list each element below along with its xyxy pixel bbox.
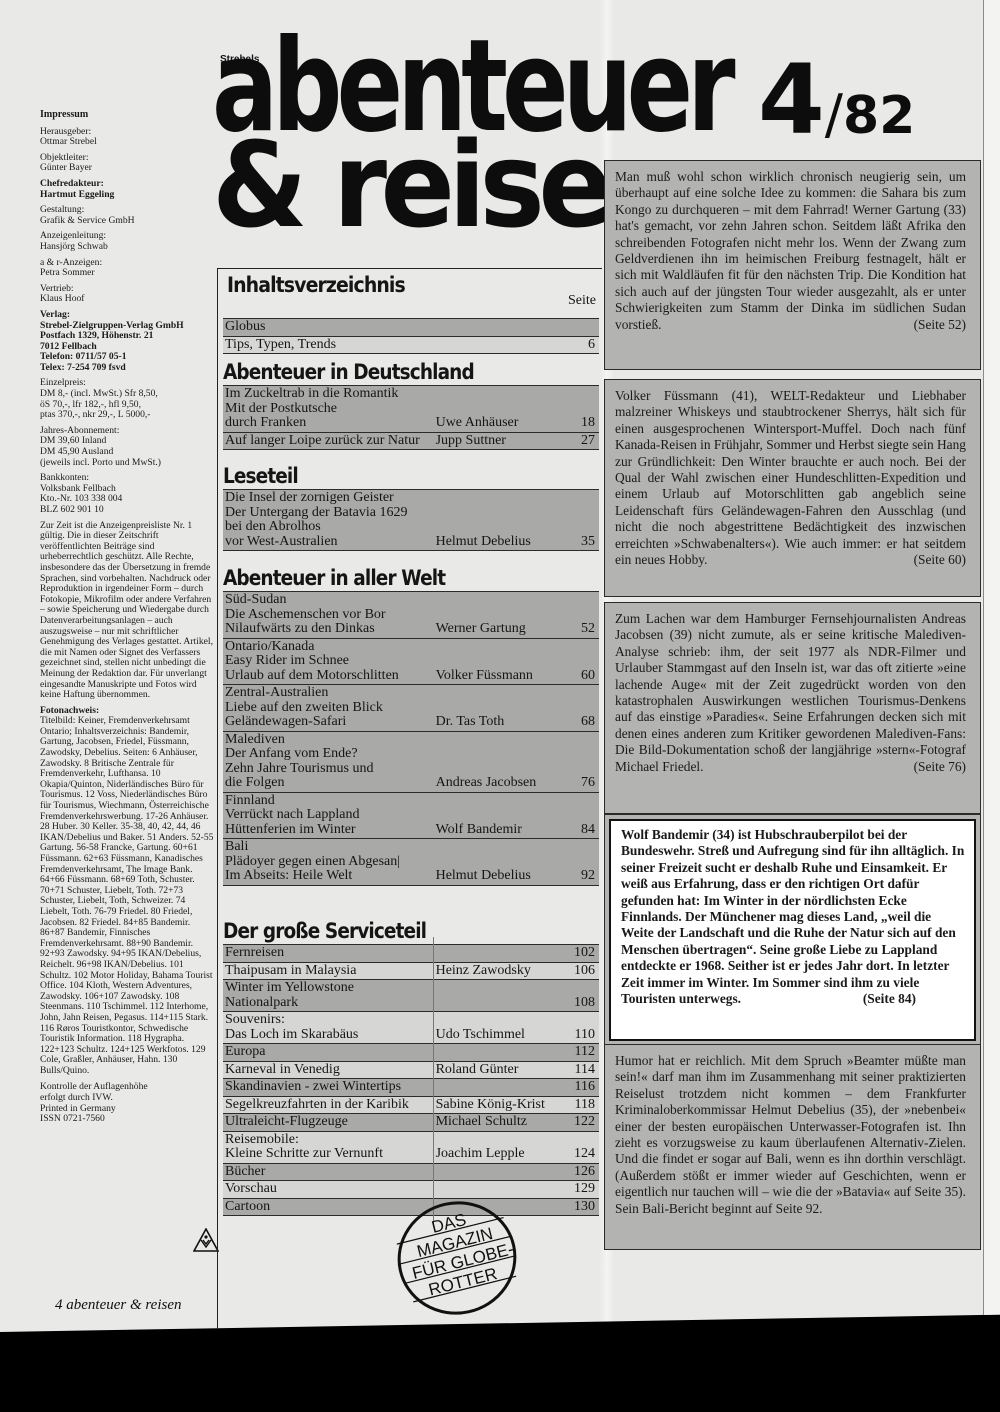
toc-entry-page: 68 [565, 715, 595, 730]
teaser-text: Humor hat er reichlich. Mit dem Spruch »… [615, 1053, 966, 1216]
toc-entry-title: Karneval in Venedig [225, 1063, 436, 1078]
impressum-value: Günter Bayer [40, 163, 215, 174]
teaser-page-ref: (Seite 76) [914, 759, 966, 775]
toc-entry-page: 92 [565, 869, 595, 884]
toc-entry-title: Bali Plädoyer gegen einen Abgesan| Im Ab… [225, 840, 436, 884]
toc-entry-page: 130 [565, 1200, 595, 1215]
impressum-block: Gestaltung:Grafik & Service GmbH [40, 205, 215, 226]
teaser-page-ref: (Seite 84) [863, 991, 916, 1007]
impressum-block: Bankkonten:Volksbank Fellbach Kto.-Nr. 1… [40, 473, 215, 515]
issue-num: 4 [758, 44, 825, 156]
toc-entry[interactable]: Tips, Typen, Trends6 [223, 336, 599, 355]
teaser-page-ref: (Seite 60) [914, 552, 966, 568]
toc-entry-author: Volker Füssmann [436, 669, 566, 684]
toc-entry-page: 108 [565, 996, 595, 1011]
toc-entry-page: 116 [565, 1080, 595, 1095]
impressum-block: Herausgeber:Ottmar Strebel [40, 127, 215, 148]
toc-entry[interactable]: Vorschau129 [223, 1180, 599, 1198]
impressum-value: Strebel-Zielgruppen-Verlag GmbH Postfach… [40, 321, 215, 374]
toc-entry[interactable]: Skandinavien - zwei Wintertips116 [223, 1078, 599, 1096]
teaser-box-jacobsen: Zum Lachen war dem Hamburger Fernsehjour… [604, 602, 981, 814]
toc-entry-page: 114 [565, 1063, 595, 1078]
toc-entry-page: 106 [565, 964, 595, 979]
photo-credits: Titelbild: Keiner, Fremdenverkehrsamt On… [40, 716, 215, 1076]
toc-rows: Im Zuckeltrab in die Romantik Mit der Po… [223, 385, 599, 450]
impressum-value: Hartmut Eggeling [40, 190, 215, 201]
teaser-text: Volker Füssmann (41), WELT-Redakteur und… [615, 388, 966, 567]
toc-entry-title: Segelkreuzfahrten in der Karibik [225, 1098, 436, 1113]
toc-entry[interactable]: Karneval in VenedigRoland Günter114 [223, 1061, 599, 1079]
toc-entry-title: Malediven Der Anfang vom Ende? Zehn Jahr… [225, 733, 436, 791]
teaser-box-debelius: Humor hat er reichlich. Mit dem Spruch »… [604, 1044, 981, 1250]
toc-entry-page: 18 [565, 416, 595, 431]
magazine-page: Strebels abenteuer & reisen 4/82 Impress… [0, 0, 1000, 1332]
legal-notice: Zur Zeit ist die Anzeigenpreisliste Nr. … [40, 521, 215, 701]
toc-entry-title: Reisemobile: Kleine Schritte zur Vernunf… [225, 1133, 436, 1162]
toc-entry-title: Bücher [225, 1165, 436, 1180]
impressum-value: Hansjörg Schwab [40, 242, 215, 253]
toc-section: Abenteuer in DeutschlandIm Zuckeltrab in… [223, 359, 599, 450]
toc-entry[interactable]: Thaipusam in MalaysiaHeinz Zawodsky106 [223, 962, 599, 980]
column-divider [433, 937, 434, 1227]
toc-entry[interactable]: Winter im Yellowstone Nationalpark108 [223, 979, 599, 1011]
impressum-block: Verlag:Strebel-Zielgruppen-Verlag GmbH P… [40, 310, 215, 374]
impressum-block: a & r-Anzeigen:Petra Sommer [40, 258, 215, 279]
impressum-value: Petra Sommer [40, 268, 215, 279]
toc-entry-author: Sabine König-Krist [436, 1098, 566, 1113]
toc-entry-page: 122 [565, 1115, 595, 1130]
toc-entry-page: 60 [565, 669, 595, 684]
impressum-block: Einzelpreis:DM 8,- (incl. MwSt.) Sfr 8,5… [40, 378, 215, 420]
teaser-page-ref: (Seite 52) [914, 317, 966, 333]
toc-entry-page: 118 [565, 1098, 595, 1113]
toc-entry-title: Ultraleicht-Flugzeuge [225, 1115, 436, 1130]
impressum-value: Grafik & Service GmbH [40, 216, 215, 227]
toc-entry-title: Fernreisen [225, 946, 436, 961]
globetrotter-stamp-icon: DAS MAGAZIN FÜR GLOBE- ROTTER [394, 1198, 524, 1320]
toc-entry-author: Wolf Bandemir [436, 823, 566, 838]
toc-entry-page: 126 [565, 1165, 595, 1180]
toc-entry-title: Finnland Verrückt nach Lappland Hüttenfe… [225, 794, 436, 838]
toc-entry-title: Im Zuckeltrab in die Romantik Mit der Po… [225, 387, 436, 431]
toc-entry-author: Andreas Jacobsen [436, 776, 566, 791]
toc-entry-page: 35 [565, 535, 595, 550]
impressum-value: DM 39,60 Inland DM 45,90 Ausland (jeweil… [40, 436, 215, 468]
toc-entry-page: 110 [565, 1028, 595, 1043]
toc-entry[interactable]: Finnland Verrückt nach Lappland Hüttenfe… [223, 792, 599, 839]
toc-entry-page: 124 [565, 1147, 595, 1162]
toc-entry-title: Ontario/Kanada Easy Rider im Schnee Urla… [225, 640, 436, 684]
issue-year: 82 [843, 86, 915, 146]
toc-entry-page: 84 [565, 823, 595, 838]
toc-entry-page: 76 [565, 776, 595, 791]
toc-entry-title: Vorschau [225, 1182, 436, 1197]
toc-entry-author: Joachim Lepple [436, 1147, 566, 1162]
toc-entry-title: Souvenirs: Das Loch im Skarabäus [225, 1013, 436, 1042]
toc-section-heading: Leseteil [223, 463, 554, 489]
toc-entry[interactable]: Ontario/Kanada Easy Rider im Schnee Urla… [223, 638, 599, 685]
toc-entry-author: Michael Schultz [436, 1115, 566, 1130]
toc-entry[interactable]: Europa112 [223, 1043, 599, 1061]
impressum-block: Chefredakteur:Hartmut Eggeling [40, 179, 215, 200]
toc-entry-title: Tips, Typen, Trends [225, 338, 436, 353]
impressum-block: Jahres-Abonnement:DM 39,60 Inland DM 45,… [40, 426, 215, 468]
toc-entry-title: Zentral-Australien Liebe auf den zweiten… [225, 686, 436, 730]
teaser-box-fuessmann: Volker Füssmann (41), WELT-Redakteur und… [604, 379, 981, 597]
page-edge [983, 0, 1000, 1332]
teaser-text: Wolf Bandemir (34) ist Hubschrauberpilot… [621, 827, 964, 1006]
impressum-label: Chefredakteur: [40, 179, 215, 190]
toc-entry-title: Globus [225, 320, 436, 335]
toc-entry[interactable]: Auf langer Loipe zurück zur NaturJupp Su… [223, 432, 599, 451]
toc-entry-title: Die Insel der zornigen Geister Der Unter… [225, 491, 436, 549]
impressum-value: Volksbank Fellbach Kto.-Nr. 103 338 004 … [40, 484, 215, 516]
toc-entry-page: 52 [565, 622, 595, 637]
issue-number: 4/82 [758, 52, 915, 148]
impressum-column: Impressum Herausgeber:Ottmar Strebel Obj… [40, 110, 215, 1125]
toc-entry-title: Thaipusam in Malaysia [225, 964, 436, 979]
toc-section: Der große ServiceteilFernreisen102Thaipu… [223, 918, 599, 1216]
toc-entry-author: Heinz Zawodsky [436, 964, 566, 979]
toc-entry-page: 6 [565, 338, 595, 353]
page-column-label: Seite [568, 293, 596, 309]
toc-entry-author: Werner Gartung [436, 622, 566, 637]
impressum-value: DM 8,- (incl. MwSt.) Sfr 8,50, öS 70,-, … [40, 389, 215, 421]
toc-entry-author: Udo Tschimmel [436, 1028, 566, 1043]
teaser-box-gartung: Man muß wohl schon wirklich chronisch ne… [604, 160, 981, 370]
toc-section: GlobusTips, Typen, Trends6 [223, 318, 599, 354]
impressum-value: Ottmar Strebel [40, 137, 215, 148]
toc-section: Abenteuer in aller WeltSüd-Sudan Die Asc… [223, 565, 599, 886]
toc-entry[interactable]: Globus [223, 318, 599, 336]
toc-rows: GlobusTips, Typen, Trends6 [223, 318, 599, 354]
toc-entry-page: 129 [565, 1182, 595, 1197]
toc-entry-title: Europa [225, 1045, 436, 1060]
teaser-text: Zum Lachen war dem Hamburger Fernsehjour… [615, 611, 966, 774]
toc-section-heading: Der große Serviceteil [223, 918, 554, 944]
impressum-value: Klaus Hoof [40, 294, 215, 305]
toc-entry-title: Auf langer Loipe zurück zur Natur [225, 434, 436, 449]
teaser-box-bandemir-frame: Wolf Bandemir (34) ist Hubschrauberpilot… [604, 814, 981, 1046]
toc-entry-page: 27 [565, 434, 595, 449]
impressum-block: Anzeigenleitung:Hansjörg Schwab [40, 231, 215, 252]
impressum-block: Objektleiter:Günter Bayer [40, 153, 215, 174]
toc-entry[interactable]: Segelkreuzfahrten in der KaribikSabine K… [223, 1096, 599, 1114]
toc-entry[interactable]: Malediven Der Anfang vom Ende? Zehn Jahr… [223, 731, 599, 792]
toc-entry[interactable]: Im Zuckeltrab in die Romantik Mit der Po… [223, 385, 599, 432]
toc-entry[interactable]: Zentral-Australien Liebe auf den zweiten… [223, 684, 599, 731]
impressum-label: Verlag: [40, 310, 215, 321]
toc-entry[interactable]: Reisemobile: Kleine Schritte zur Vernunf… [223, 1131, 599, 1163]
ivw-logo-icon [193, 1228, 219, 1252]
impressum-title: Impressum [40, 110, 215, 121]
toc-entry-author: Uwe Anhäuser [436, 416, 566, 431]
teaser-text: Man muß wohl schon wirklich chronisch ne… [615, 169, 966, 332]
circulation-notice: Kontrolle der Auflagenhöhe erfolgt durch… [40, 1082, 215, 1124]
toc-section-heading: Abenteuer in Deutschland [223, 359, 554, 385]
toc-entry-title: Süd-Sudan Die Aschemenschen vor Bor Nila… [225, 593, 436, 637]
toc-entry-author: Helmut Debelius [436, 535, 566, 550]
toc-entry-author: Roland Günter [436, 1063, 566, 1078]
toc-entry[interactable]: Souvenirs: Das Loch im SkarabäusUdo Tsch… [223, 1011, 599, 1043]
teaser-box-bandemir: Wolf Bandemir (34) ist Hubschrauberpilot… [609, 819, 976, 1041]
toc-entry-title: Winter im Yellowstone Nationalpark [225, 981, 436, 1010]
toc-entry-author: Helmut Debelius [436, 869, 566, 884]
toc-rows: Die Insel der zornigen Geister Der Unter… [223, 489, 599, 551]
toc-entry-page: 112 [565, 1045, 595, 1060]
toc-rows: Süd-Sudan Die Aschemenschen vor Bor Nila… [223, 591, 599, 886]
toc-entry[interactable]: Bücher126 [223, 1163, 599, 1181]
toc-entry-author: Dr. Tas Toth [436, 715, 566, 730]
toc-entry[interactable]: Fernreisen102 [223, 944, 599, 962]
toc-entry[interactable]: Ultraleicht-FlugzeugeMichael Schultz122 [223, 1113, 599, 1131]
page-footer: 4 abenteuer & reisen [55, 1297, 182, 1314]
toc-entry[interactable]: Bali Plädoyer gegen einen Abgesan| Im Ab… [223, 838, 599, 886]
toc-entry-page: 102 [565, 946, 595, 961]
toc-entry[interactable]: Die Insel der zornigen Geister Der Unter… [223, 489, 599, 551]
toc-section-heading: Abenteuer in aller Welt [223, 565, 554, 591]
issue-slash: / [825, 83, 843, 146]
toc-rows: Fernreisen102Thaipusam in MalaysiaHeinz … [223, 944, 599, 1216]
toc-entry[interactable]: Süd-Sudan Die Aschemenschen vor Bor Nila… [223, 591, 599, 638]
impressum-block: Vertrieb:Klaus Hoof [40, 284, 215, 305]
toc-entry-title: Skandinavien - zwei Wintertips [225, 1080, 436, 1095]
toc-section: LeseteilDie Insel der zornigen Geister D… [223, 463, 599, 551]
toc-title: Inhaltsverzeichnis [227, 273, 405, 297]
toc-entry-author: Jupp Suttner [436, 434, 566, 449]
